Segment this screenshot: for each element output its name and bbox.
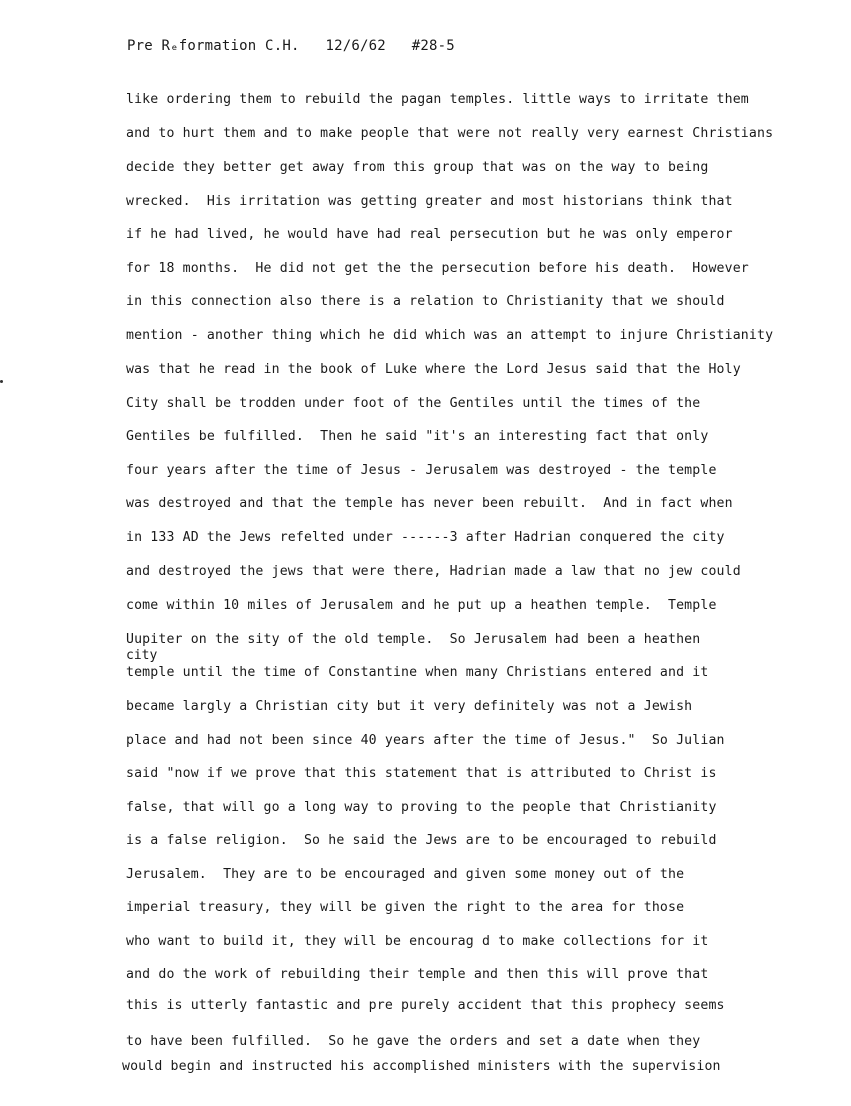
- text-line: said "now if we prove that this statemen…: [126, 766, 717, 782]
- text-line: if he had lived, he would have had real …: [126, 227, 733, 243]
- text-line: Gentiles be fulfilled. Then he said "it'…: [126, 429, 708, 445]
- text-line: decide they better get away from this gr…: [126, 160, 708, 176]
- text-line: Uupiter on the sity of the old temple. S…: [126, 632, 700, 648]
- text-line: this is utterly fantastic and pre purely…: [126, 998, 725, 1014]
- text-line: is a false religion. So he said the Jews…: [126, 833, 717, 849]
- text-line: and destroyed the jews that were there, …: [126, 564, 741, 580]
- margin-mark: [0, 380, 3, 383]
- text-line: mention - another thing which he did whi…: [126, 328, 773, 344]
- text-line: come within 10 miles of Jerusalem and he…: [126, 598, 717, 614]
- text-line: temple until the time of Constantine whe…: [126, 665, 708, 681]
- text-line: for 18 months. He did not get the the pe…: [126, 261, 749, 277]
- text-line: became largly a Christian city but it ve…: [126, 699, 692, 715]
- text-line: Jerusalem. They are to be encouraged and…: [126, 867, 684, 883]
- text-line: and do the work of rebuilding their temp…: [126, 967, 708, 983]
- text-line: imperial treasury, they will be given th…: [126, 900, 684, 916]
- text-line: false, that will go a long way to provin…: [126, 800, 717, 816]
- typed-document-page: Pre Rₑformation C.H. 12/6/62 #28-5 like …: [0, 0, 851, 1106]
- text-line: and to hurt them and to make people that…: [126, 126, 773, 142]
- text-line: would begin and instructed his accomplis…: [122, 1059, 721, 1075]
- text-line: place and had not been since 40 years af…: [126, 733, 725, 749]
- text-line: was that he read in the book of Luke whe…: [126, 362, 741, 378]
- text-line: in 133 AD the Jews refelted under ------…: [126, 530, 725, 546]
- text-line: in this connection also there is a relat…: [126, 294, 725, 310]
- page-header: Pre Rₑformation C.H. 12/6/62 #28-5: [127, 38, 455, 54]
- text-line: was destroyed and that the temple has ne…: [126, 496, 733, 512]
- text-line: who want to build it, they will be encou…: [126, 934, 708, 950]
- text-line: City shall be trodden under foot of the …: [126, 396, 700, 412]
- text-line: wrecked. His irritation was getting grea…: [126, 194, 733, 210]
- text-line: four years after the time of Jesus - Jer…: [126, 463, 717, 479]
- text-line: like ordering them to rebuild the pagan …: [126, 92, 749, 108]
- text-line: to have been fulfilled. So he gave the o…: [126, 1034, 700, 1050]
- handwritten-insertion: city: [126, 649, 157, 663]
